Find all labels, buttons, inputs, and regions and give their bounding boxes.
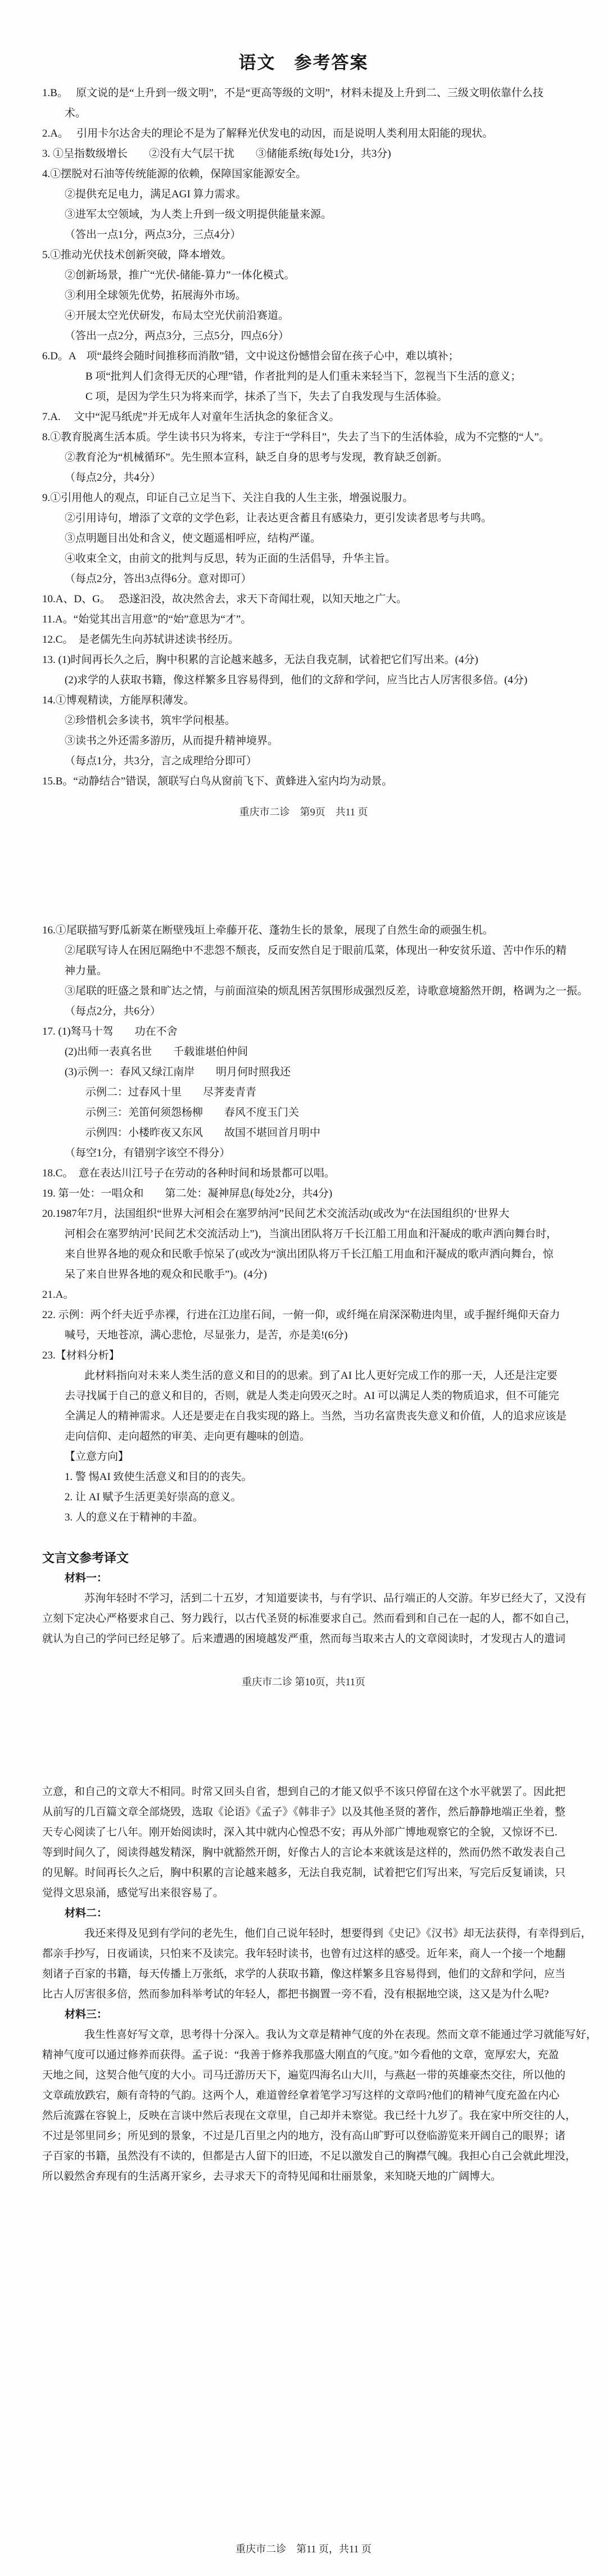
page-11: 立意，和自己的文章大不相同。时常又回头自省，想到自己的才能又似乎不该只停留在这个… bbox=[0, 1692, 607, 2559]
answer-line: 9.①引用他人的观点，印证自己立足当下、关注自我的人生主张，增强说服力。 bbox=[0, 488, 607, 508]
answer-line: 【立意方向】 bbox=[0, 1447, 607, 1467]
answer-line: （每点2分，共6分） bbox=[0, 1001, 607, 1022]
answer-line: 21.A。 bbox=[0, 1285, 607, 1305]
answer-line: 所以毅然舍弃现有的生活离开家乡，去寻求天下的奇特见闻和壮丽景象，来知晓天地的广阔… bbox=[0, 2167, 607, 2187]
answer-line: 比古人厉害很多倍，然而参加科举考试的年轻人，都把书搁置一旁不看，没有根据地空谈，… bbox=[0, 1984, 607, 2005]
answer-line: 立意，和自己的文章大不相同。时常又回头自省，想到自己的才能又似乎不该只停留在这个… bbox=[0, 1782, 607, 1802]
section-heading: 文言文参考译文 bbox=[0, 1548, 607, 1568]
answer-line: 1.B。 原文说的是“上升到一级文明”，不是“更高等级的文明”，材料未提及上升到… bbox=[0, 83, 607, 103]
answer-line: 立刻下定决心严格要求自己、努力践行，以古代圣贤的标准要求自己。然而看到和自己在一… bbox=[0, 1609, 607, 1629]
answer-line: ③尾联的旺盛之景和旷达之情，与前面渲染的烦乱困苦氛围形成强烈反差，诗歌意境豁然开… bbox=[0, 981, 607, 1001]
answer-line: 13. (1)时间再长久之后，胸中积累的言论越来越多，无法自我克制，试着把它们写… bbox=[0, 650, 607, 670]
answer-line: ④收束全文，由前文的批判与反思，转为正面的生活倡导，升华主旨。 bbox=[0, 549, 607, 569]
answer-line: 的见解。时间再长久之后，胸中积累的言论越来越多，无法自我克制，试着把它们写出来，… bbox=[0, 1863, 607, 1883]
answer-line: （每点2分，答出3点得6分。意对即可） bbox=[0, 569, 607, 589]
answer-line: （每点1分，共3分，言之成理给分即可） bbox=[0, 751, 607, 772]
answer-line: (2)出师一表真名世 千载谁堪伯仲间 bbox=[0, 1042, 607, 1062]
answer-line: 14.①博观精读，方能厚积薄发。 bbox=[0, 691, 607, 711]
answer-line: 子百家的书籍，虽然没有不读的，但都是古人留下的旧迹，不足以激发自己的胸襟气魄。我… bbox=[0, 2146, 607, 2167]
answer-line: 河相会在塞罗纳河’民间艺术交流活动上”)，当演出团队将万千长江船工用血和汗凝成的… bbox=[0, 1224, 607, 1244]
answer-line: 然后流露在容貌上，反映在言谈中然后表现在文章里，自己却并未察觉。我已经十九岁了。… bbox=[0, 2106, 607, 2126]
page-9: 语文 参考答案 1.B。 原文说的是“上升到一级文明”，不是“更高等级的文明”，… bbox=[0, 0, 607, 822]
answer-line: 5.①推动光伏技术创新突破，降本增效。 bbox=[0, 245, 607, 265]
material-label: 材料一： bbox=[0, 1568, 607, 1589]
exam-answer-document: 语文 参考答案 1.B。 原文说的是“上升到一级文明”，不是“更高等级的文明”，… bbox=[0, 0, 607, 2576]
answer-line: 觉得文思泉涌，感觉写出来很容易了。 bbox=[0, 1883, 607, 1903]
answers-section-page-11: 立意，和自己的文章大不相同。时常又回头自省，想到自己的才能又似乎不该只停留在这个… bbox=[0, 1692, 607, 2187]
answer-line: 18.C。 意在表达川江号子在劳动的各种时间和场景都可以唱。 bbox=[0, 1163, 607, 1184]
answer-line: 都亲手抄写，日夜诵读，只怕来不及读完。我年轻时读书，也曾有过这样的感受。近年来，… bbox=[0, 1944, 607, 1964]
answer-line: 示例二：过春风十里 尽荠麦青青 bbox=[0, 1082, 607, 1103]
answers-section-page-10: 16.①尾联描写野瓜新菜在断壁残垣上牵藤开花、蓬勃生长的景象，展现了自然生命的顽… bbox=[0, 822, 607, 1649]
answer-line: 23.【材料分析】 bbox=[0, 1346, 607, 1366]
answer-line: （答出一点1分，两点3分，三点4分） bbox=[0, 225, 607, 245]
answer-line: 3. 人的意义在于精神的丰盈。 bbox=[0, 1508, 607, 1528]
answer-line: B 项“批判人们贪得无厌的心理”错，作者批判的是人们重未来轻当下，忽视当下生活的… bbox=[0, 367, 607, 387]
answer-line: 3. ①呈指数级增长 ②没有大气层干扰 ③储能系统(每处1分，共3分) bbox=[0, 144, 607, 164]
answer-line: 来自世界各地的观众和民歌手惊呆了(或改为“演出团队将万千长江船工用血和汗凝成的歌… bbox=[0, 1244, 607, 1265]
answer-line: ③进军太空领域，为人类上升到一级文明提供能量来源。 bbox=[0, 205, 607, 225]
answer-line: 2. 让 AI 赋予生活更美好崇高的意义。 bbox=[0, 1487, 607, 1508]
answer-line: 22. 示例：两个纤夫近乎赤裸，行进在江边崖石间，一俯一仰，或纤绳在肩深深勒进肉… bbox=[0, 1305, 607, 1325]
material-label: 材料三： bbox=[0, 2005, 607, 2025]
answer-line: 2.A。 引用卡尔达舍夫的理论不是为了解释光伏发电的动因，而是说明人类利用太阳能… bbox=[0, 124, 607, 144]
answer-line: 走向信仰、走向超然的审美、走向更有趣味的创造。 bbox=[0, 1427, 607, 1447]
answer-line: 1. 警 惕AI 致使生活意义和目的的丧失。 bbox=[0, 1467, 607, 1487]
answer-line: 等到时间久了，阅读得越发精深，胸中就豁然开朗，好像古人的言论本来就该是这样的，然… bbox=[0, 1843, 607, 1863]
answer-line: 7.A. 文中“泥马纸虎”并无成年人对童年生活执念的象征含义。 bbox=[0, 407, 607, 427]
answer-line: (2)求学的人获取书籍，像这样繁多且容易得到，他们的文辞和学问，应当比古人厉害很… bbox=[0, 670, 607, 691]
answer-line: (3)示例一：春风又绿江南岸 明月何时照我还 bbox=[0, 1062, 607, 1082]
answer-line: 术。 bbox=[0, 103, 607, 124]
answer-line: 8.①教育脱离生活本质。学生读书只为将来，专注于“学科目”，失去了当下的生活体验… bbox=[0, 427, 607, 448]
answer-line: 此材料指向对未来人类生活的意义和目的的思索。到了AI 比人更好完成工作的那一天，… bbox=[0, 1366, 607, 1386]
answer-line: ②创新场景，推广“光伏-储能-算力”一体化模式。 bbox=[0, 265, 607, 286]
answer-line: 12.C。 是老儒先生向苏轼讲述读书经历。 bbox=[0, 630, 607, 650]
page-footer-9: 重庆市二诊 第9页 共11 页 bbox=[0, 802, 607, 822]
page-footer-11: 重庆市二诊 第11 页，共11 页 bbox=[0, 2539, 607, 2559]
answers-section-page-9: 1.B。 原文说的是“上升到一级文明”，不是“更高等级的文明”，材料未提及上升到… bbox=[0, 75, 607, 792]
answer-line: 19. 第一处：一唱众和 第二处：凝神屏息(每处2分，共4分) bbox=[0, 1184, 607, 1204]
answer-line: 天地之间，这契合他气度的大小。司马迁游历天下，遍览四海名山大川，与燕赵一带的英雄… bbox=[0, 2065, 607, 2086]
answer-line: （每点2分，共4分） bbox=[0, 468, 607, 488]
answer-line: ④开展太空光伏研发，布局太空光伏前沿赛道。 bbox=[0, 306, 607, 326]
answer-line: ③点明题目出处和含义，使文题遥相呼应，结构严谨。 bbox=[0, 529, 607, 549]
material-label: 材料二： bbox=[0, 1903, 607, 1924]
answer-line: ②引用诗句，增添了文章的文学色彩，让表达更含蓄且有感染力，更引发读者思考与共鸣。 bbox=[0, 508, 607, 529]
page-footer-10: 重庆市二诊 第10页，共11页 bbox=[0, 1672, 607, 1692]
answer-line: （答出一点2分，两点3分，三点5分，四点6分） bbox=[0, 326, 607, 346]
answer-line: ③利用全球领先优势，拓展海外市场。 bbox=[0, 286, 607, 306]
answer-line: 17. (1)驽马十驾 功在不舍 bbox=[0, 1022, 607, 1042]
answer-line: 从前写的几百篇文章全部烧毁，选取《论语》《孟子》《韩非子》以及其他圣贤的著作，然… bbox=[0, 1802, 607, 1822]
answer-line: 天专心阅读了七八年。刚开始阅读时，深入其中就内心惶恐不安；再从外部广博地观察它的… bbox=[0, 1822, 607, 1843]
answer-line: 6.D。A 项“最终会随时间推移而消散”错，文中说这份憾惜会留在孩子心中，难以填… bbox=[0, 346, 607, 367]
answer-line: 文章疏放跌宕，颇有奇特的气韵。这两个人，难道曾经拿着笔学习写这样的文章吗?他们的… bbox=[0, 2086, 607, 2106]
answer-line: ②教育沦为“机械循环”。先生照本宣科，缺乏自身的思考与发现，教育缺乏创新。 bbox=[0, 448, 607, 468]
answer-line: （每空1分，有错别字该空不得分） bbox=[0, 1143, 607, 1163]
answer-line: ②尾联写诗人在困厄隔绝中不悲怨不颓丧，反而安然自足于眼前瓜菜，体现出一种安贫乐道… bbox=[0, 941, 607, 961]
answer-line: 15.B。“动静结合”错误，颔联写白鸟从窗前飞下、黄蜂进入室内均为动景。 bbox=[0, 772, 607, 792]
answer-line: 神力量。 bbox=[0, 961, 607, 981]
answer-line: 我还来得及见到有学问的老先生，他们自己说年轻时，想要得到《史记》《汉书》却无法获… bbox=[0, 1924, 607, 1944]
answer-line: 20.1987年7月，法国组织“世界大河相会在塞罗纳河”民间艺术交流活动(或改为… bbox=[0, 1204, 607, 1224]
answer-line: C 项，是因为学生只为将来而学，抹杀了当下，失去了自我发现与生活体验。 bbox=[0, 387, 607, 407]
answer-line: 11.A。“始觉其出言用意”的“始”意思为“才”。 bbox=[0, 610, 607, 630]
answer-line: ②提供充足电力，满足AGI 算力需求。 bbox=[0, 184, 607, 205]
answer-line: 苏洵年轻时不学习，活到二十五岁，才知道要读书，与有学识、品行端正的人交游。年岁已… bbox=[0, 1589, 607, 1609]
document-title: 语文 参考答案 bbox=[0, 0, 607, 75]
answer-line: 我生性喜好写文章，思考得十分深入。我认为文章是精神气度的外在表现。然而文章不能通… bbox=[0, 2025, 607, 2045]
answer-line: 全满足人的精神需求。人还是要走在自我实现的路上。当然，当功名富贵丧失意义和价值，… bbox=[0, 1406, 607, 1427]
answer-line: 10.A、D、G。 恐遂汩没，故决然舍去，求天下奇闻壮观，以知天地之广大。 bbox=[0, 589, 607, 610]
answer-line: 示例四：小楼昨夜又东风 故国不堪回首月明中 bbox=[0, 1123, 607, 1143]
answer-line: 不过是邻里同乡；所见到的景象，不过是几百里之内的地方，没有高山旷野可以登临游览来… bbox=[0, 2126, 607, 2146]
answer-line: 精神气度可以通过修养而获得。孟子说：“我善于修养我那盛大刚直的气度。”如今看他的… bbox=[0, 2045, 607, 2065]
answer-line: 去寻找属于自己的意义和目的，否则，就是人类走向毁灭之时。AI 可以满足人类的物质… bbox=[0, 1386, 607, 1406]
page-10: 16.①尾联描写野瓜新菜在断壁残垣上牵藤开花、蓬勃生长的景象，展现了自然生命的顽… bbox=[0, 822, 607, 1692]
answer-line: 就认为自己的学问已经足够了。后来遭遇的困境越发严重，然而每当取来古人的文章阅读时… bbox=[0, 1629, 607, 1649]
answer-line: 4.①摆脱对石油等传统能源的依赖，保障国家能源安全。 bbox=[0, 164, 607, 184]
answer-line: 刻诸子百家的书籍，每天传播上万张纸，求学的人获取书籍，像这样繁多且容易得到，他们… bbox=[0, 1964, 607, 1984]
answer-line: 示例三：羌笛何须怨杨柳 春风不度玉门关 bbox=[0, 1103, 607, 1123]
answer-line: 呆了来自世界各地的观众和民歌手”)。(4分) bbox=[0, 1265, 607, 1285]
answer-line: ③读书之外还需多游历，从而提升精神境界。 bbox=[0, 731, 607, 751]
answer-line: 16.①尾联描写野瓜新菜在断壁残垣上牵藤开花、蓬勃生长的景象，展现了自然生命的顽… bbox=[0, 921, 607, 941]
answer-line: ②珍惜机会多读书，筑牢学问根基。 bbox=[0, 711, 607, 731]
answer-line: 喊号，天地苍凉，满心悲怆，尽显张力，是苦，亦是美!(6分) bbox=[0, 1325, 607, 1346]
